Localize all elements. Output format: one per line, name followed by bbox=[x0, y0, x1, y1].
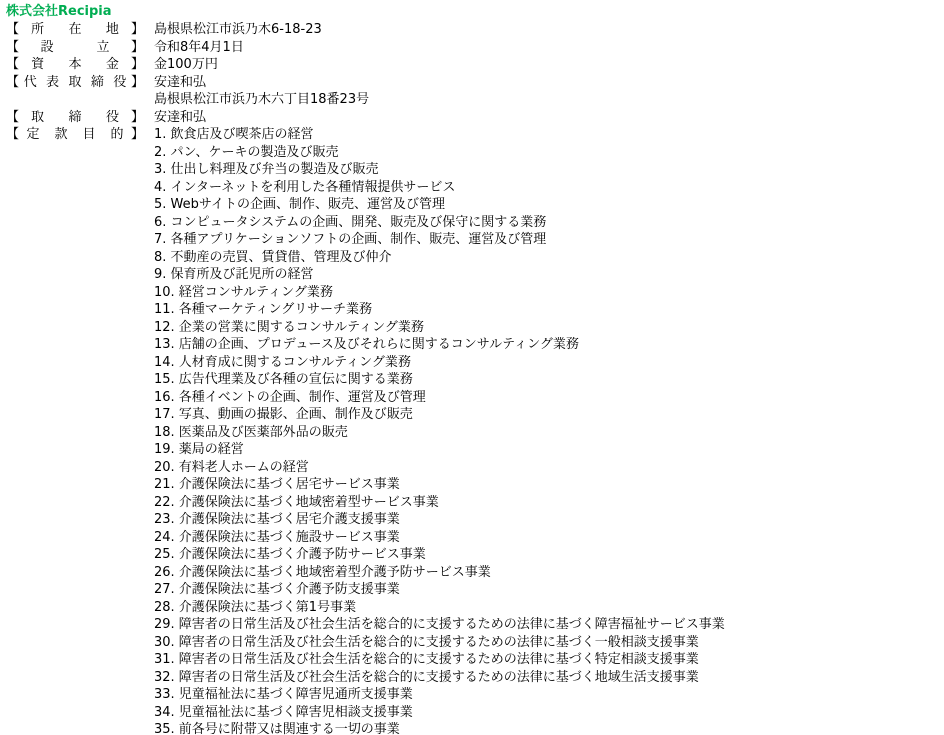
value-line: 安達和弘 bbox=[154, 74, 369, 92]
purpose-item: 10. 経営コンサルティング業務 bbox=[154, 284, 725, 302]
info-row: 【所在地】 島根県松江市浜乃木6-18-23 bbox=[6, 21, 936, 39]
purpose-item: 31. 障害者の日常生活及び社会生活を総合的に支援するための法律に基づく特定相談… bbox=[154, 651, 725, 669]
row-values: 金100万円 bbox=[154, 56, 218, 74]
purpose-item: 19. 薬局の経営 bbox=[154, 441, 725, 459]
purpose-item: 20. 有料老人ホームの経営 bbox=[154, 459, 725, 477]
row-label: 【所在地】 bbox=[6, 21, 144, 39]
bracket-open: 【 bbox=[6, 39, 19, 57]
row-label-char: 締 bbox=[56, 109, 93, 127]
row-label: 【資本金】 bbox=[6, 56, 144, 74]
row-label-char: 役 bbox=[94, 109, 131, 127]
bracket-close: 】 bbox=[131, 126, 144, 144]
row-label-char: 本 bbox=[56, 56, 93, 74]
bracket-open: 【 bbox=[6, 21, 19, 39]
bracket-close: 】 bbox=[131, 109, 144, 127]
row-label-char: 資 bbox=[19, 56, 56, 74]
purpose-item: 32. 障害者の日常生活及び社会生活を総合的に支援するための法律に基づく地域生活… bbox=[154, 669, 725, 687]
company-profile-page: 株式会社Recipia 【所在地】 島根県松江市浜乃木6-18-23 【設立】 … bbox=[0, 0, 944, 735]
purpose-item: 15. 広告代理業及び各種の宣伝に関する業務 bbox=[154, 371, 725, 389]
row-label-char: 取 bbox=[64, 74, 86, 92]
value-line: 金100万円 bbox=[154, 56, 218, 74]
purpose-item: 12. 企業の営業に関するコンサルティング業務 bbox=[154, 319, 725, 337]
value-line: 令和8年4月1日 bbox=[154, 39, 244, 57]
bracket-close: 】 bbox=[131, 21, 144, 39]
row-label-char: 款 bbox=[47, 126, 75, 144]
row-label-char: 目 bbox=[75, 126, 103, 144]
purpose-item: 2. パン、ケーキの製造及び販売 bbox=[154, 144, 725, 162]
purpose-item: 7. 各種アプリケーションソフトの企画、制作、販売、運営及び管理 bbox=[154, 231, 725, 249]
purpose-item: 34. 児童福祉法に基づく障害児相談支援事業 bbox=[154, 704, 725, 722]
row-label-char: 所 bbox=[19, 21, 56, 39]
info-row: 【代表取締役】 安達和弘島根県松江市浜乃木六丁目18番23号 bbox=[6, 74, 936, 109]
info-row: 【取締役】 安達和弘 bbox=[6, 109, 936, 127]
row-label-char: 金 bbox=[94, 56, 131, 74]
row-values: 1. 飲食店及び喫茶店の経営2. パン、ケーキの製造及び販売3. 仕出し料理及び… bbox=[154, 126, 725, 735]
row-label-char: 定 bbox=[19, 126, 47, 144]
purpose-item: 35. 前各号に附帯又は関連する一切の事業 bbox=[154, 721, 725, 735]
purpose-item: 24. 介護保険法に基づく施設サービス事業 bbox=[154, 529, 725, 547]
row-label-char: 設 bbox=[19, 39, 75, 57]
purpose-item: 18. 医薬品及び医薬部外品の販売 bbox=[154, 424, 725, 442]
purpose-item: 26. 介護保険法に基づく地域密着型介護予防サービス事業 bbox=[154, 564, 725, 582]
bracket-close: 】 bbox=[131, 74, 144, 92]
info-row: 【資本金】 金100万円 bbox=[6, 56, 936, 74]
row-values: 安達和弘島根県松江市浜乃木六丁目18番23号 bbox=[154, 74, 369, 109]
row-label-char: 役 bbox=[109, 74, 131, 92]
purpose-item: 4. インターネットを利用した各種情報提供サービス bbox=[154, 179, 725, 197]
bracket-close: 】 bbox=[131, 39, 144, 57]
row-label-char: 立 bbox=[75, 39, 131, 57]
row-values: 令和8年4月1日 bbox=[154, 39, 244, 57]
row-values: 島根県松江市浜乃木6-18-23 bbox=[154, 21, 322, 39]
info-row: 【定款目的】 1. 飲食店及び喫茶店の経営2. パン、ケーキの製造及び販売3. … bbox=[6, 126, 936, 735]
bracket-open: 【 bbox=[6, 126, 19, 144]
info-rows: 【所在地】 島根県松江市浜乃木6-18-23 【設立】 令和8年4月1日 【資本… bbox=[6, 21, 936, 735]
bracket-open: 【 bbox=[6, 56, 19, 74]
purpose-item: 16. 各種イベントの企画、制作、運営及び管理 bbox=[154, 389, 725, 407]
purpose-item: 27. 介護保険法に基づく介護予防支援事業 bbox=[154, 581, 725, 599]
purpose-item: 5. Webサイトの企画、制作、販売、運営及び管理 bbox=[154, 196, 725, 214]
purpose-item: 22. 介護保険法に基づく地域密着型サービス事業 bbox=[154, 494, 725, 512]
purpose-item: 25. 介護保険法に基づく介護予防サービス事業 bbox=[154, 546, 725, 564]
row-label: 【設立】 bbox=[6, 39, 144, 57]
purpose-item: 1. 飲食店及び喫茶店の経営 bbox=[154, 126, 725, 144]
bracket-close: 】 bbox=[131, 56, 144, 74]
row-label: 【定款目的】 bbox=[6, 126, 144, 144]
row-label-char: 在 bbox=[56, 21, 93, 39]
purpose-item: 30. 障害者の日常生活及び社会生活を総合的に支援するための法律に基づく一般相談… bbox=[154, 634, 725, 652]
purpose-item: 8. 不動産の売買、賃貸借、管理及び仲介 bbox=[154, 249, 725, 267]
row-label-char: 地 bbox=[94, 21, 131, 39]
row-label-char: 表 bbox=[41, 74, 63, 92]
purpose-item: 9. 保育所及び託児所の経営 bbox=[154, 266, 725, 284]
purpose-item: 29. 障害者の日常生活及び社会生活を総合的に支援するための法律に基づく障害福祉… bbox=[154, 616, 725, 634]
bracket-open: 【 bbox=[6, 109, 19, 127]
purpose-item: 6. コンピュータシステムの企画、開発、販売及び保守に関する業務 bbox=[154, 214, 725, 232]
row-label-char: 取 bbox=[19, 109, 56, 127]
info-row: 【設立】 令和8年4月1日 bbox=[6, 39, 936, 57]
row-values: 安達和弘 bbox=[154, 109, 206, 127]
purpose-item: 11. 各種マーケティングリサーチ業務 bbox=[154, 301, 725, 319]
purpose-item: 17. 写真、動画の撮影、企画、制作及び販売 bbox=[154, 406, 725, 424]
value-line: 安達和弘 bbox=[154, 109, 206, 127]
purpose-item: 28. 介護保険法に基づく第1号事業 bbox=[154, 599, 725, 617]
purpose-item: 21. 介護保険法に基づく居宅サービス事業 bbox=[154, 476, 725, 494]
purpose-item: 33. 児童福祉法に基づく障害児通所支援事業 bbox=[154, 686, 725, 704]
row-label: 【取締役】 bbox=[6, 109, 144, 127]
purpose-item: 23. 介護保険法に基づく居宅介護支援事業 bbox=[154, 511, 725, 529]
purpose-item: 3. 仕出し料理及び弁当の製造及び販売 bbox=[154, 161, 725, 179]
value-line: 島根県松江市浜乃木六丁目18番23号 bbox=[154, 91, 369, 109]
row-label: 【代表取締役】 bbox=[6, 74, 144, 92]
purpose-item: 14. 人材育成に関するコンサルティング業務 bbox=[154, 354, 725, 372]
value-line: 島根県松江市浜乃木6-18-23 bbox=[154, 21, 322, 39]
row-label-char: 締 bbox=[86, 74, 108, 92]
purpose-item: 13. 店舗の企画、プロデュース及びそれらに関するコンサルティング業務 bbox=[154, 336, 725, 354]
company-name: 株式会社Recipia bbox=[6, 3, 936, 21]
row-label-char: 代 bbox=[19, 74, 41, 92]
bracket-open: 【 bbox=[6, 74, 19, 92]
row-label-char: 的 bbox=[103, 126, 131, 144]
